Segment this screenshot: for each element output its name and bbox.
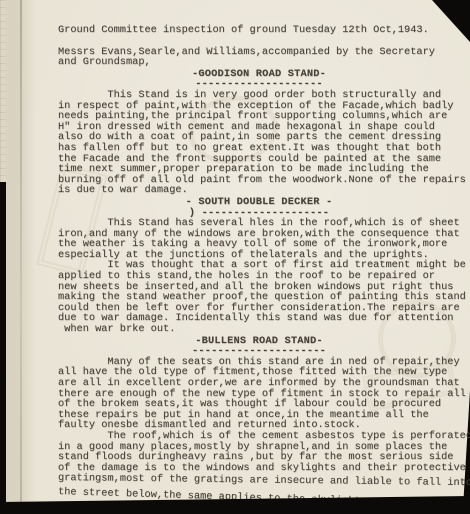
text-line: has fallen off but to no great extent.It… xyxy=(58,143,460,154)
text-line: is due to war damage. xyxy=(58,185,460,196)
section-heading: - SOUTH DOUBLE DECKER - xyxy=(58,197,460,208)
scan-background-gap xyxy=(0,182,7,514)
text-line: gratingsm,most of the gratings are insec… xyxy=(58,473,460,489)
text-line: when war brke out. xyxy=(58,324,460,335)
text-line: are all in excellent order,we are inform… xyxy=(58,378,460,389)
document-title: Ground Committee inspection of ground Tu… xyxy=(58,25,460,36)
text-line: The roof,which is of the cement asbestos… xyxy=(58,431,460,442)
typewritten-text-block: Ground Committee inspection of ground Tu… xyxy=(58,25,460,498)
intro-line: and Groundsmap, xyxy=(58,57,460,68)
text-line: This Stand is in very good order both st… xyxy=(58,90,460,101)
scanned-document-page: Ground Committee inspection of ground Tu… xyxy=(0,0,470,514)
paper-crease-line xyxy=(20,0,22,508)
